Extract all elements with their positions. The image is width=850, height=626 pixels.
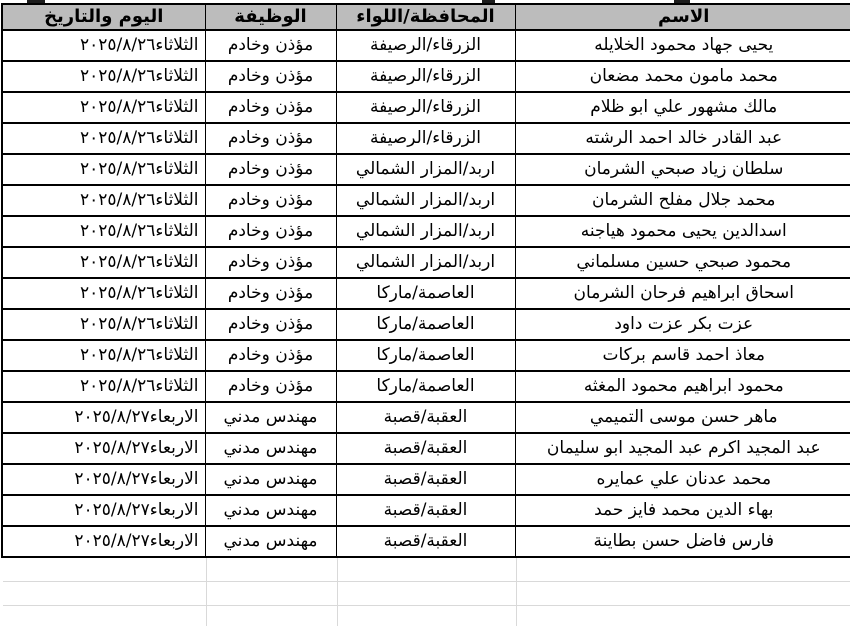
name-cell[interactable]: محمد عدنان علي عمايره [515, 464, 850, 495]
date-cell[interactable]: الثلاثاء٢٠٢٥/٨/٢٦ [2, 216, 205, 247]
spreadsheet-view: الاسم المحافظة/اللواء الوظيفة اليوم والت… [0, 0, 850, 626]
date-cell[interactable]: الثلاثاء٢٠٢٥/٨/٢٦ [2, 123, 205, 154]
date-cell[interactable]: الاربعاء٢٠٢٥/٨/٢٧ [2, 433, 205, 464]
governorate-cell[interactable]: اربد/المزار الشمالي [336, 154, 515, 185]
name-cell[interactable]: محمد جلال مفلح الشرمان [515, 185, 850, 216]
job-cell[interactable]: مؤذن وخادم [205, 371, 336, 402]
governorate-cell[interactable]: اربد/المزار الشمالي [336, 247, 515, 278]
table-row: معاذ احمد قاسم بركاتالعاصمة/ماركامؤذن وخ… [2, 340, 850, 371]
cutoff-text-fragment [27, 0, 45, 3]
governorate-cell[interactable]: العقبة/قصبة [336, 526, 515, 557]
job-cell[interactable]: مؤذن وخادم [205, 123, 336, 154]
name-cell[interactable]: ماهر حسن موسى التميمي [515, 402, 850, 433]
empty-cell[interactable] [516, 582, 850, 606]
table-row: سلطان زياد صبحي الشرماناربد/المزار الشما… [2, 154, 850, 185]
name-cell[interactable]: سلطان زياد صبحي الشرمان [515, 154, 850, 185]
governorate-cell[interactable]: العاصمة/ماركا [336, 371, 515, 402]
date-cell[interactable]: الاربعاء٢٠٢٥/٨/٢٧ [2, 495, 205, 526]
governorate-cell[interactable]: العقبة/قصبة [336, 402, 515, 433]
column-header-date[interactable]: اليوم والتاريخ [2, 4, 205, 30]
governorate-cell[interactable]: الزرقاء/الرصيفة [336, 61, 515, 92]
empty-spreadsheet-rows [3, 558, 850, 626]
job-cell[interactable]: مؤذن وخادم [205, 61, 336, 92]
table-row: محمد عدنان علي عمايرهالعقبة/قصبةمهندس مد… [2, 464, 850, 495]
table-row: عبد القادر خالد احمد الرشتهالزرقاء/الرصي… [2, 123, 850, 154]
job-cell[interactable]: مهندس مدني [205, 495, 336, 526]
job-cell[interactable]: مهندس مدني [205, 526, 336, 557]
governorate-cell[interactable]: الزرقاء/الرصيفة [336, 123, 515, 154]
empty-cell[interactable] [3, 582, 206, 606]
cutoff-text-fragment [674, 0, 690, 3]
date-cell[interactable]: الثلاثاء٢٠٢٥/٨/٢٦ [2, 92, 205, 123]
table-row: محمد جلال مفلح الشرماناربد/المزار الشمال… [2, 185, 850, 216]
job-cell[interactable]: مؤذن وخادم [205, 340, 336, 371]
column-header-name[interactable]: الاسم [515, 4, 850, 30]
date-cell[interactable]: الثلاثاء٢٠٢٥/٨/٢٦ [2, 340, 205, 371]
job-cell[interactable]: مؤذن وخادم [205, 247, 336, 278]
date-cell[interactable]: الثلاثاء٢٠٢٥/٨/٢٦ [2, 309, 205, 340]
table-row: مالك مشهور علي ابو ظلامالزرقاء/الرصيفةمؤ… [2, 92, 850, 123]
name-cell[interactable]: محمد مامون محمد مضعان [515, 61, 850, 92]
name-cell[interactable]: محمود ابراهيم محمود المغثه [515, 371, 850, 402]
table-row: عبد المجيد اكرم عبد المجيد ابو سليمانالع… [2, 433, 850, 464]
empty-cell[interactable] [516, 558, 850, 582]
table-row: ماهر حسن موسى التميميالعقبة/قصبةمهندس مد… [2, 402, 850, 433]
job-cell[interactable]: مؤذن وخادم [205, 154, 336, 185]
date-cell[interactable]: الثلاثاء٢٠٢٥/٨/٢٦ [2, 185, 205, 216]
roster-table: الاسم المحافظة/اللواء الوظيفة اليوم والت… [1, 3, 850, 558]
header-row: الاسم المحافظة/اللواء الوظيفة اليوم والت… [2, 4, 850, 30]
date-cell[interactable]: الاربعاء٢٠٢٥/٨/٢٧ [2, 402, 205, 433]
column-header-governorate[interactable]: المحافظة/اللواء [336, 4, 515, 30]
cutoff-text-fragment [482, 0, 495, 3]
name-cell[interactable]: يحيى جهاد محمود الخلايله [515, 30, 850, 61]
date-cell[interactable]: الثلاثاء٢٠٢٥/٨/٢٦ [2, 278, 205, 309]
empty-cell[interactable] [206, 606, 337, 626]
job-cell[interactable]: مؤذن وخادم [205, 216, 336, 247]
empty-cell[interactable] [337, 606, 516, 626]
governorate-cell[interactable]: العاصمة/ماركا [336, 340, 515, 371]
name-cell[interactable]: فارس فاضل حسن بطاينة [515, 526, 850, 557]
name-cell[interactable]: محمود صبحي حسين مسلماني [515, 247, 850, 278]
date-cell[interactable]: الثلاثاء٢٠٢٥/٨/٢٦ [2, 371, 205, 402]
governorate-cell[interactable]: العاصمة/ماركا [336, 278, 515, 309]
empty-cell[interactable] [337, 582, 516, 606]
table-row: محمود ابراهيم محمود المغثهالعاصمة/ماركام… [2, 371, 850, 402]
empty-cell[interactable] [337, 558, 516, 582]
date-cell[interactable]: الثلاثاء٢٠٢٥/٨/٢٦ [2, 154, 205, 185]
name-cell[interactable]: مالك مشهور علي ابو ظلام [515, 92, 850, 123]
table-row: فارس فاضل حسن بطاينةالعقبة/قصبةمهندس مدن… [2, 526, 850, 557]
date-cell[interactable]: الاربعاء٢٠٢٥/٨/٢٧ [2, 526, 205, 557]
job-cell[interactable]: مهندس مدني [205, 433, 336, 464]
empty-cell[interactable] [206, 582, 337, 606]
date-cell[interactable]: الثلاثاء٢٠٢٥/٨/٢٦ [2, 30, 205, 61]
name-cell[interactable]: عبد المجيد اكرم عبد المجيد ابو سليمان [515, 433, 850, 464]
table-row: محمود صبحي حسين مسلمانياربد/المزار الشما… [2, 247, 850, 278]
governorate-cell[interactable]: العاصمة/ماركا [336, 309, 515, 340]
job-cell[interactable]: مؤذن وخادم [205, 309, 336, 340]
governorate-cell[interactable]: العقبة/قصبة [336, 464, 515, 495]
table-row: اسحاق ابراهيم فرحان الشرمانالعاصمة/ماركا… [2, 278, 850, 309]
column-header-job[interactable]: الوظيفة [205, 4, 336, 30]
date-cell[interactable]: الثلاثاء٢٠٢٥/٨/٢٦ [2, 61, 205, 92]
name-cell[interactable]: بهاء الدين محمد فايز حمد [515, 495, 850, 526]
job-cell[interactable]: مهندس مدني [205, 464, 336, 495]
table-row: عزت بكر عزت داودالعاصمة/ماركامؤذن وخادما… [2, 309, 850, 340]
governorate-cell[interactable]: العقبة/قصبة [336, 495, 515, 526]
table-row: بهاء الدين محمد فايز حمدالعقبة/قصبةمهندس… [2, 495, 850, 526]
table-row: اسدالدين يحيى محمود هياجنهاربد/المزار ال… [2, 216, 850, 247]
name-cell[interactable]: اسحاق ابراهيم فرحان الشرمان [515, 278, 850, 309]
job-cell[interactable]: مؤذن وخادم [205, 92, 336, 123]
governorate-cell[interactable]: الزرقاء/الرصيفة [336, 30, 515, 61]
empty-cell[interactable] [3, 558, 206, 582]
governorate-cell[interactable]: العقبة/قصبة [336, 433, 515, 464]
table-row: محمد مامون محمد مضعانالزرقاء/الرصيفةمؤذن… [2, 61, 850, 92]
date-cell[interactable]: الثلاثاء٢٠٢٥/٨/٢٦ [2, 247, 205, 278]
date-cell[interactable]: الاربعاء٢٠٢٥/٨/٢٧ [2, 464, 205, 495]
governorate-cell[interactable]: الزرقاء/الرصيفة [336, 92, 515, 123]
job-cell[interactable]: مؤذن وخادم [205, 30, 336, 61]
governorate-cell[interactable]: اربد/المزار الشمالي [336, 185, 515, 216]
job-cell[interactable]: مؤذن وخادم [205, 185, 336, 216]
name-cell[interactable]: اسدالدين يحيى محمود هياجنه [515, 216, 850, 247]
name-cell[interactable]: عبد القادر خالد احمد الرشته [515, 123, 850, 154]
empty-cell[interactable] [3, 606, 206, 626]
empty-cell[interactable] [206, 558, 337, 582]
job-cell[interactable]: مهندس مدني [205, 402, 336, 433]
governorate-cell[interactable]: اربد/المزار الشمالي [336, 216, 515, 247]
job-cell[interactable]: مؤذن وخادم [205, 278, 336, 309]
table-row: يحيى جهاد محمود الخلايلهالزرقاء/الرصيفةم… [2, 30, 850, 61]
name-cell[interactable]: معاذ احمد قاسم بركات [515, 340, 850, 371]
name-cell[interactable]: عزت بكر عزت داود [515, 309, 850, 340]
empty-cell[interactable] [516, 606, 850, 626]
